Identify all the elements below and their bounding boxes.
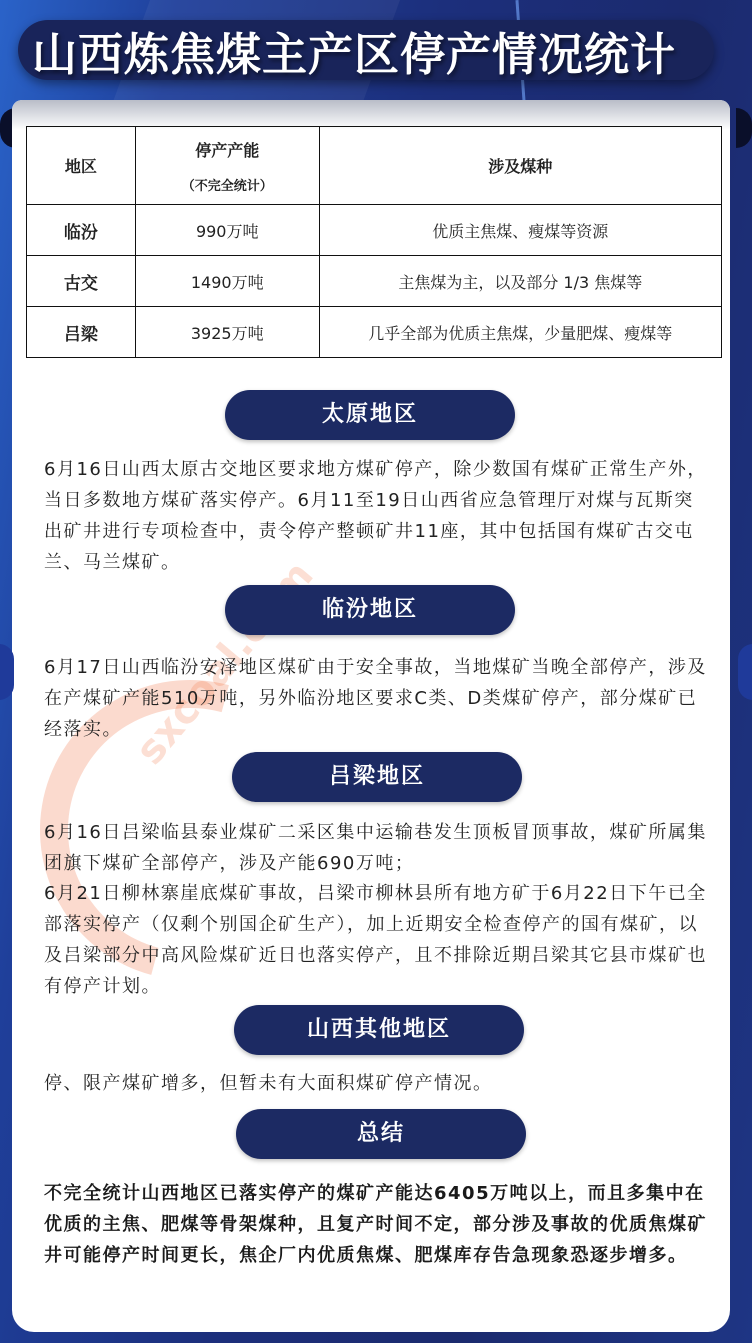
section-paragraph-lvliang-2: 6月21日柳林寨崖底煤矿事故，吕梁市柳林县所有地方矿于6月22日下午已全部落实停…	[44, 878, 709, 1002]
header-capacity-note: （不完全统计）	[136, 175, 319, 194]
section-heading-taiyuan: 太原地区	[225, 390, 515, 440]
card-tab-right	[736, 108, 752, 148]
cell-region: 吕梁	[27, 307, 136, 358]
table-row: 古交 1490万吨 主焦煤为主，以及部分 1/3 焦煤等	[27, 256, 722, 307]
section-heading-summary: 总结	[236, 1109, 526, 1159]
cell-coal-types: 几乎全部为优质主焦煤，少量肥煤、瘦煤等	[319, 307, 721, 358]
section-heading-other: 山西其他地区	[234, 1005, 524, 1055]
card-notch-left	[0, 644, 14, 700]
cell-capacity: 1490万吨	[135, 256, 319, 307]
cell-capacity: 990万吨	[135, 205, 319, 256]
header-coal-types: 涉及煤种	[319, 127, 721, 205]
header-region: 地区	[27, 127, 136, 205]
section-paragraph-other: 停、限产煤矿增多，但暂未有大面积煤矿停产情况。	[44, 1068, 709, 1099]
cell-region: 临汾	[27, 205, 136, 256]
section-heading-linfen: 临汾地区	[225, 585, 515, 635]
section-paragraph-summary: 不完全统计山西地区已落实停产的煤矿产能达6405万吨以上，而且多集中在优质的主焦…	[44, 1178, 709, 1271]
section-paragraph-lvliang-1: 6月16日吕梁临县泰业煤矿二采区集中运输巷发生顶板冒顶事故，煤矿所属集团旗下煤矿…	[44, 817, 709, 879]
table-header-row: 地区 停产产能 （不完全统计） 涉及煤种	[27, 127, 722, 205]
section-paragraph-taiyuan: 6月16日山西太原古交地区要求地方煤矿停产，除少数国有煤矿正常生产外，当日多数地…	[44, 454, 709, 578]
header-capacity: 停产产能 （不完全统计）	[135, 127, 319, 205]
table-row: 临汾 990万吨 优质主焦煤、瘦煤等资源	[27, 205, 722, 256]
cell-coal-types: 主焦煤为主，以及部分 1/3 焦煤等	[319, 256, 721, 307]
page-title: 山西炼焦煤主产区停产情况统计	[32, 18, 732, 83]
header-capacity-label: 停产产能	[195, 141, 259, 160]
cell-region: 古交	[27, 256, 136, 307]
section-paragraph-linfen: 6月17日山西临汾安泽地区煤矿由于安全事故，当地煤矿当晚全部停产，涉及在产煤矿产…	[44, 652, 709, 745]
cell-coal-types: 优质主焦煤、瘦煤等资源	[319, 205, 721, 256]
stats-table: 地区 停产产能 （不完全统计） 涉及煤种 临汾 990万吨 优质主焦煤、瘦煤等资…	[26, 126, 722, 358]
section-heading-lvliang: 吕梁地区	[232, 752, 522, 802]
card-notch-right	[738, 644, 752, 700]
cell-capacity: 3925万吨	[135, 307, 319, 358]
table-row: 吕梁 3925万吨 几乎全部为优质主焦煤，少量肥煤、瘦煤等	[27, 307, 722, 358]
